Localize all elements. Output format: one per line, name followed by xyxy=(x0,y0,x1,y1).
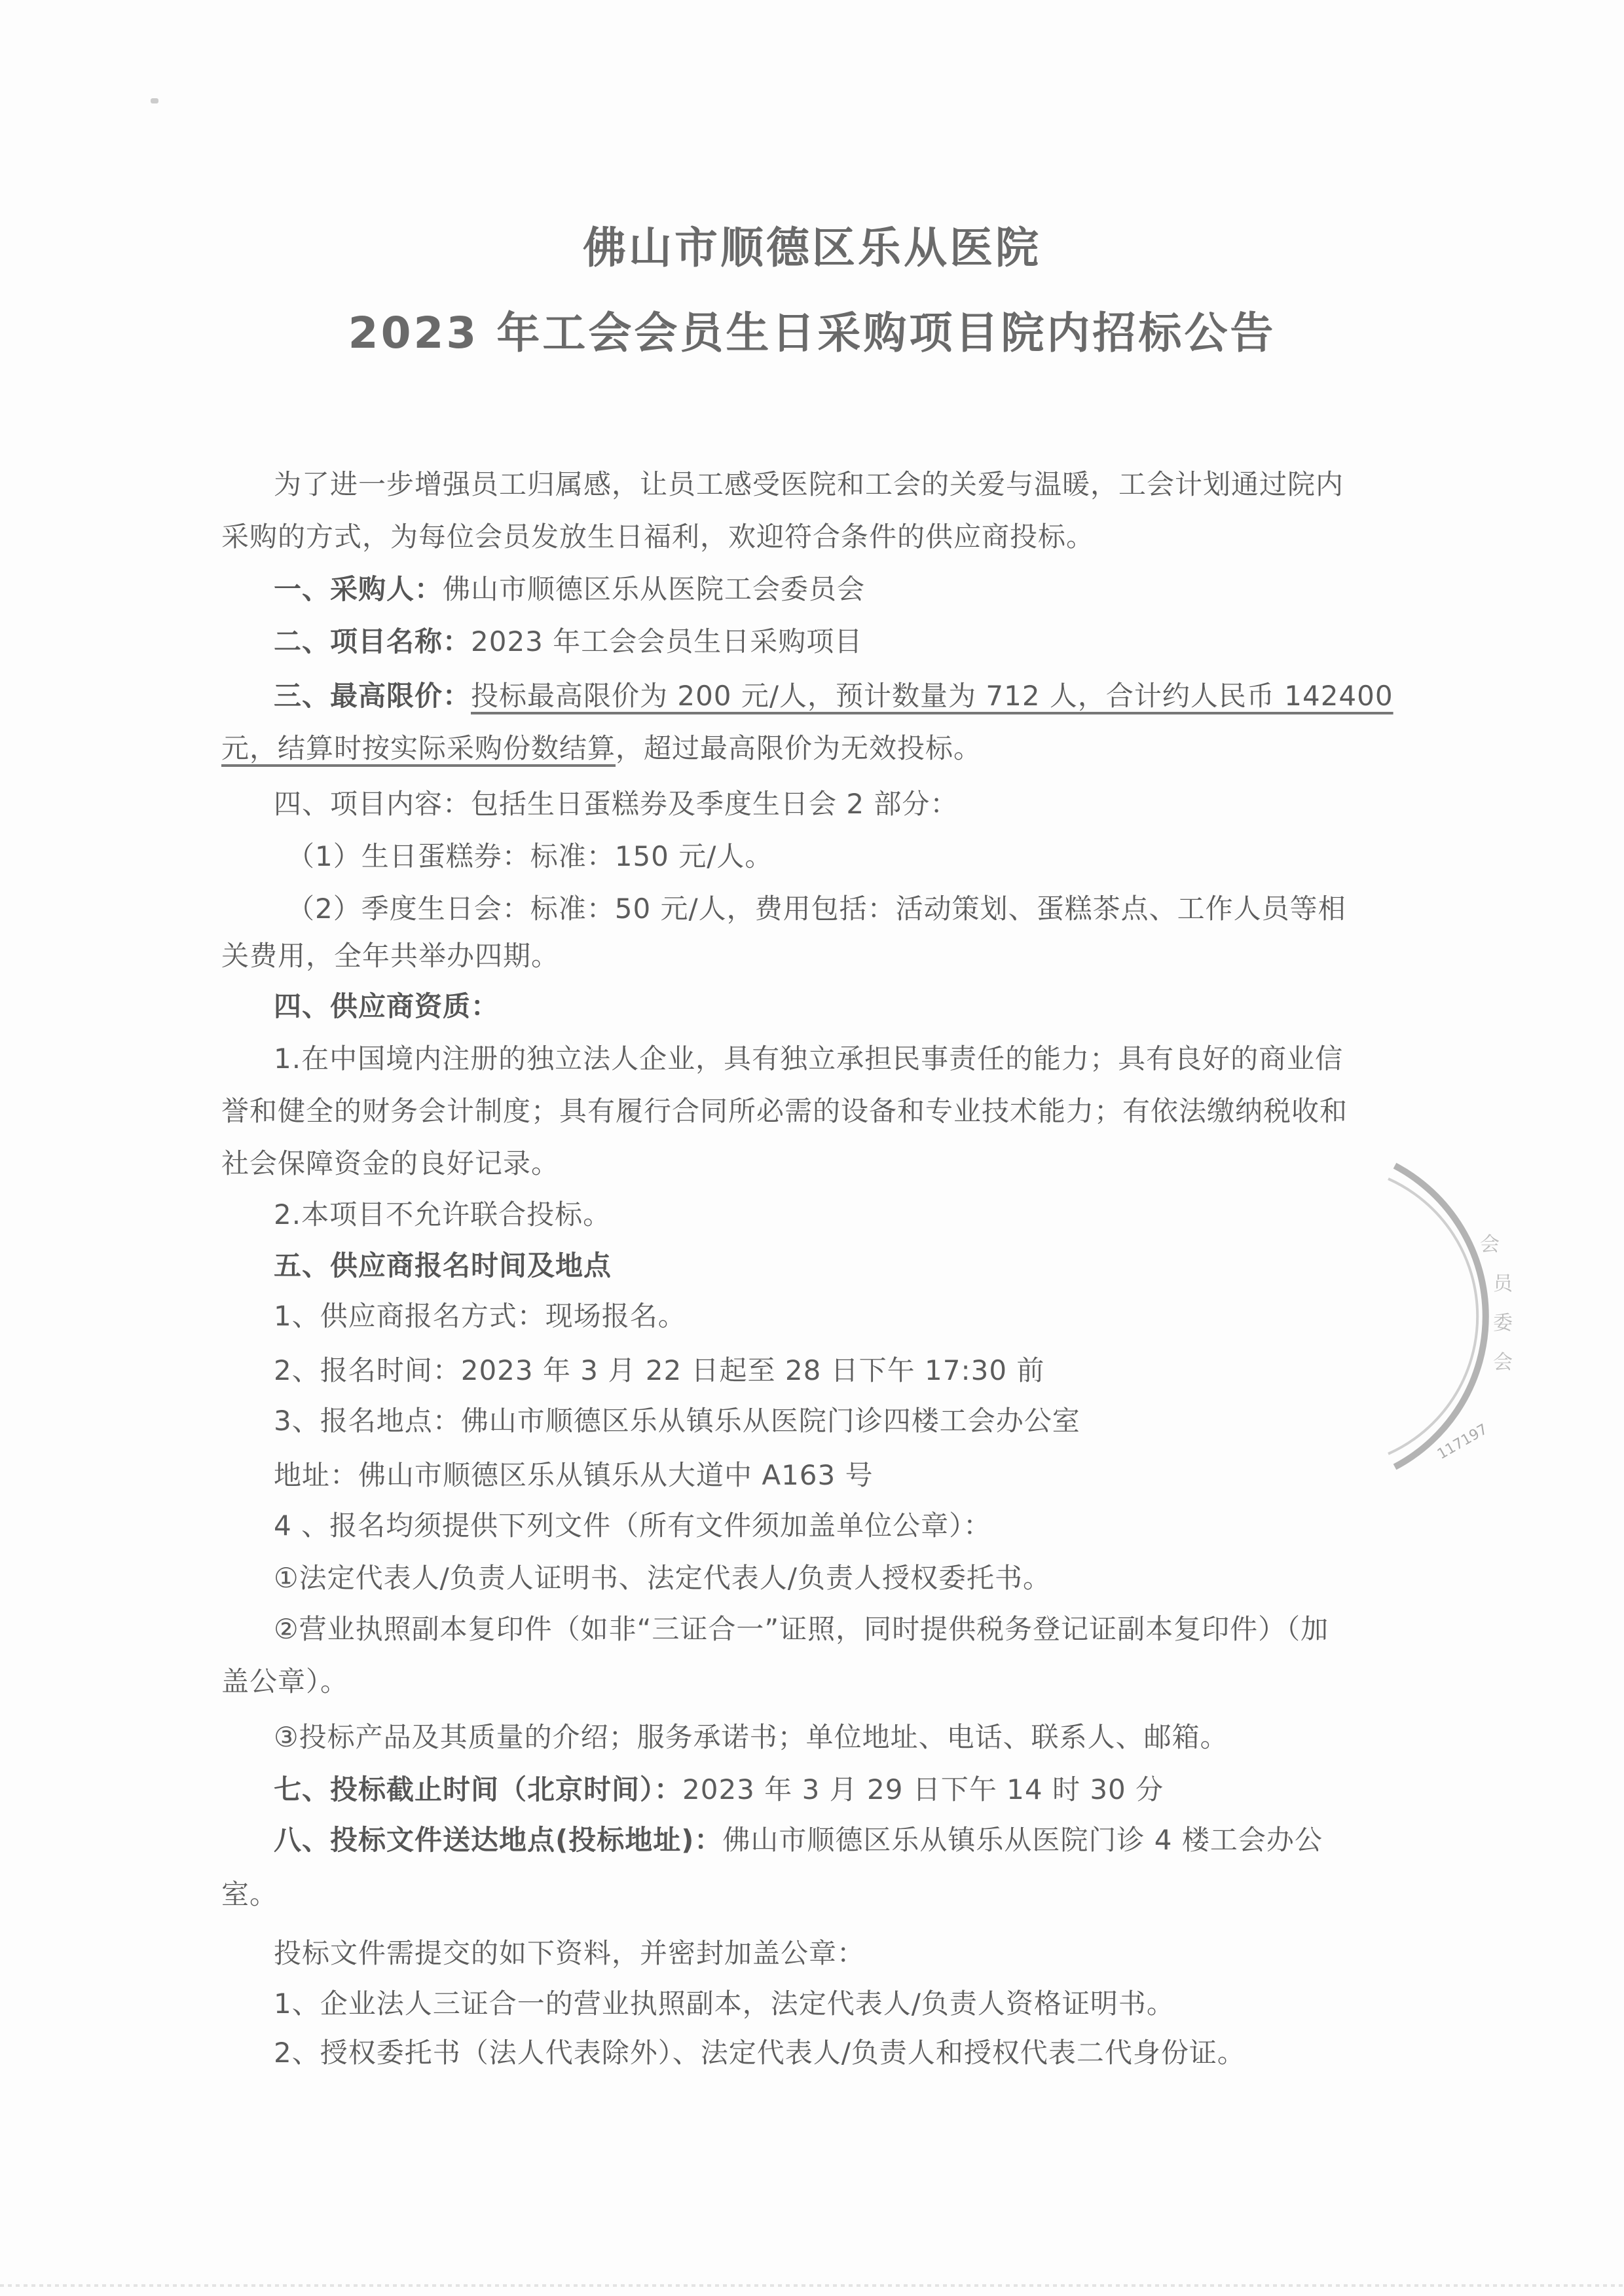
document-title-line1: 佛山市顺德区乐从医院 xyxy=(0,213,1624,275)
section-deadline: 七、投标截止时间（北京时间）：2023 年 3 月 29 日下午 14 时 30… xyxy=(274,1773,1164,1806)
max-price-rest: ，超过最高限价为无效投标。 xyxy=(616,732,982,764)
section-content: 四、项目内容：包括生日蛋糕券及季度生日会 2 部分： xyxy=(274,788,958,821)
content-item-birthday-party: （2）季度生日会：标准：50 元/人，费用包括：活动策划、蛋糕茶点、工作人员等相 xyxy=(287,893,1346,925)
section-registration-heading: 五、供应商报名时间及地点 xyxy=(274,1250,612,1282)
document-title-line2: 2023 年工会会员生日采购项目院内招标公告 xyxy=(0,298,1624,360)
qualification-2: 2.本项目不允许联合投标。 xyxy=(274,1198,611,1231)
section-max-price-label: 三、最高限价： xyxy=(274,680,471,712)
registration-time: 2、报名时间：2023 年 3 月 22 日起至 28 日下午 17:30 前 xyxy=(274,1354,1044,1387)
registration-place: 3、报名地点：佛山市顺德区乐从镇乐从医院门诊四楼工会办公室 xyxy=(274,1405,1080,1437)
section-project-name-value: 2023 年工会会员生日采购项目 xyxy=(471,625,862,657)
document-item-3: ③投标产品及其质量的介绍；服务承诺书；单位地址、电话、联系人、邮箱。 xyxy=(274,1721,1228,1754)
svg-text:委: 委 xyxy=(1493,1312,1513,1335)
registration-documents: 4 、报名均须提供下列文件（所有文件须加盖单位公章）： xyxy=(274,1509,991,1542)
section-deadline-value: 2023 年 3 月 29 日下午 14 时 30 分 xyxy=(682,1773,1164,1805)
section-delivery-place: 八、投标文件送达地点(投标地址)：佛山市顺德区乐从镇乐从医院门诊 4 楼工会办公 xyxy=(274,1824,1323,1857)
submission-item-1: 1、企业法人三证合一的营业执照副本，法定代表人/负责人资格证明书。 xyxy=(274,1988,1175,2020)
svg-text:会: 会 xyxy=(1493,1351,1513,1374)
submission-item-2: 2、授权委托书（法人代表除外）、法定代表人/负责人和授权代表二代身份证。 xyxy=(274,2037,1246,2069)
scan-speck xyxy=(151,98,158,103)
section-max-price: 三、最高限价：投标最高限价为 200 元/人，预计数量为 712 人，合计约人民… xyxy=(274,680,1393,713)
qualification-1-line2: 誉和健全的财务会计制度；具有履行合同所必需的设备和专业技术能力；有依法缴纳税收和 xyxy=(221,1095,1348,1128)
official-seal-icon: 会 员 委 会 117197 xyxy=(1382,1139,1591,1480)
intro-line2: 采购的方式，为每位会员发放生日福利，欢迎符合条件的供应商投标。 xyxy=(221,521,1094,553)
scanned-page: 佛山市顺德区乐从医院 2023 年工会会员生日采购项目院内招标公告 为了进一步增… xyxy=(0,0,1624,2296)
document-item-2-line1: ②营业执照副本复印件（如非“三证合一”证照，同时提供税务登记证副本复印件）（加 xyxy=(274,1613,1329,1646)
section-qualification-heading: 四、供应商资质： xyxy=(274,990,499,1023)
section-delivery-place-label: 八、投标文件送达地点(投标地址)： xyxy=(274,1824,722,1856)
section-purchaser-value: 佛山市顺德区乐从医院工会委员会 xyxy=(443,573,865,605)
section-purchaser-label: 一、采购人： xyxy=(274,573,443,605)
svg-text:会: 会 xyxy=(1480,1233,1500,1256)
submission-heading: 投标文件需提交的如下资料，并密封加盖公章： xyxy=(274,1937,865,1970)
svg-text:员: 员 xyxy=(1493,1272,1514,1295)
scan-edge-artifact xyxy=(0,2284,1624,2287)
registration-address: 地址：佛山市顺德区乐从镇乐从大道中 A163 号 xyxy=(274,1459,874,1492)
qualification-1-line1: 1.在中国境内注册的独立法人企业，具有独立承担民事责任的能力；具有良好的商业信 xyxy=(274,1043,1343,1075)
section-deadline-label: 七、投标截止时间（北京时间）： xyxy=(274,1773,682,1805)
content-item-cake-voucher: （1）生日蛋糕券：标准：150 元/人。 xyxy=(287,840,773,873)
section-project-name: 二、项目名称：2023 年工会会员生日采购项目 xyxy=(274,625,862,658)
section-delivery-place-value: 佛山市顺德区乐从镇乐从医院门诊 4 楼工会办公 xyxy=(722,1824,1322,1856)
content-item-birthday-party-cont: 关费用，全年共举办四期。 xyxy=(221,940,559,972)
section-project-name-label: 二、项目名称： xyxy=(274,625,471,657)
max-price-underlined-1: 投标最高限价为 200 元/人，预计数量为 712 人，合计约人民币 14240… xyxy=(471,680,1393,712)
section-purchaser: 一、采购人：佛山市顺德区乐从医院工会委员会 xyxy=(274,573,865,606)
intro-line1: 为了进一步增强员工归属感，让员工感受医院和工会的关爱与温暖，工会计划通过院内 xyxy=(274,468,1344,501)
document-item-2-line2: 盖公章）。 xyxy=(221,1665,348,1698)
section-max-price-cont: 元，结算时按实际采购份数结算，超过最高限价为无效投标。 xyxy=(221,732,982,765)
registration-method: 1、供应商报名方式：现场报名。 xyxy=(274,1300,686,1333)
document-item-1: ①法定代表人/负责人证明书、法定代表人/负责人授权委托书。 xyxy=(274,1562,1051,1595)
max-price-underlined-2: 元，结算时按实际采购份数结算 xyxy=(221,732,616,764)
section-delivery-place-cont: 室。 xyxy=(221,1878,278,1911)
qualification-1-line3: 社会保障资金的良好记录。 xyxy=(221,1147,559,1180)
